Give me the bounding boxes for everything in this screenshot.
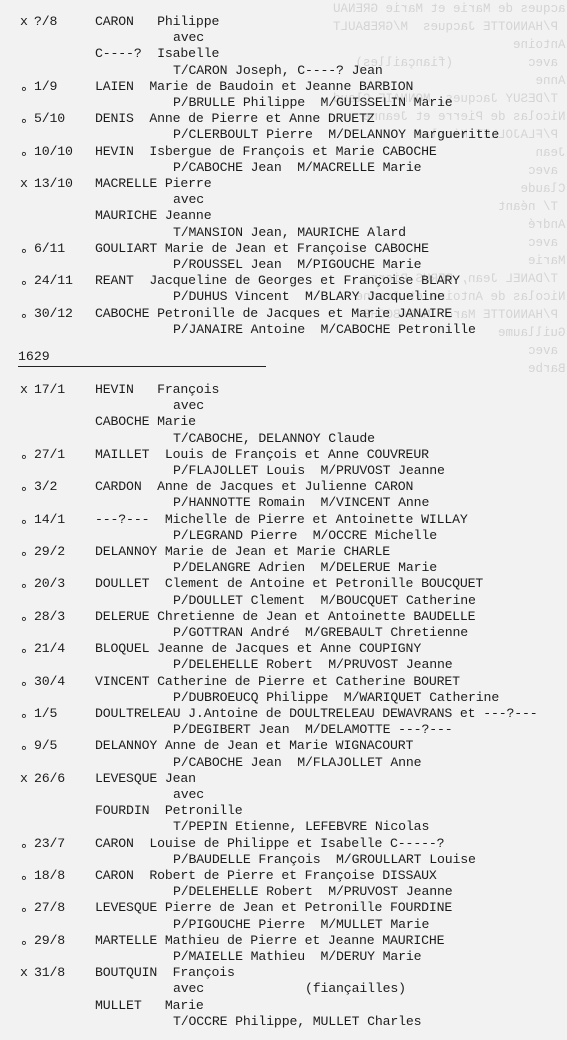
marriage-mark: x [20,771,34,787]
entry-name-text: DELANNOY Anne de Jean et Marie WIGNACOUR… [95,738,413,754]
entry-name-text: DOULTRELEAU J.Antoine de DOULTRELEAU DEW… [95,706,538,722]
entry-name-text: REANT Jacqueline de Georges et Françoise… [95,273,460,289]
entry-name-text: MARTELLE Mathieu de Pierre et Jeanne MAU… [95,933,444,949]
entry-name-text: MAURICHE Jeanne [95,208,211,224]
entry-date: 26/6 [34,771,65,787]
entry-date: 5/10 [34,111,65,127]
entry-date: 31/8 [34,965,65,981]
entry-name-text: LEVESQUE Jean [95,771,196,787]
entry-date: 1/9 [34,79,57,95]
entry-name-text: BLOQUEL Jeanne de Jacques et Anne COUPIG… [95,641,421,657]
baptism-mark: ∘ [20,644,34,660]
entry-name-text: DELERUE Chretienne de Jean et Antoinette… [95,609,475,625]
entry-date: 27/8 [34,900,65,916]
entry-detail-text: P/CABOCHE Jean M/MACRELLE Marie [173,160,421,176]
entry-detail-text: P/ROUSSEL Jean M/PIGOUCHE Marie [173,257,421,273]
entry-detail-text: T/PEPIN Etienne, LEFEBVRE Nicolas [173,819,429,835]
entry-detail-text: P/FLAJOLLET Louis M/PRUVOST Jeanne [173,463,445,479]
baptism-mark: ∘ [20,612,34,628]
register-page: Jacques de Marie et Marie GRENAULT P/HAN… [0,0,567,1040]
entry-name-text: DOULLET Clement de Antoine et Petronille… [95,576,483,592]
marriage-mark: x [20,965,34,981]
entry-name-text: LAIEN Marie de Baudoin et Jeanne BARBION [95,79,413,95]
entry-name-text: GOULIART Marie de Jean et Françoise CABO… [95,241,429,257]
year-underline [18,366,266,367]
baptism-mark: ∘ [20,82,34,98]
baptism-mark: ∘ [20,547,34,563]
entry-date: 21/4 [34,641,65,657]
entry-date: 28/3 [34,609,65,625]
baptism-mark: ∘ [20,709,34,725]
entry-detail-text: P/LEGRAND Pierre M/OCCRE Michelle [173,528,437,544]
entry-date: 14/1 [34,512,65,528]
entry-detail-text: P/HANNOTTE Romain M/VINCENT Anne [173,495,429,511]
baptism-mark: ∘ [20,244,34,260]
entry-date: 18/8 [34,868,65,884]
entry-detail-text: avec [173,398,204,414]
entry-name-text: BOUTQUIN François [95,965,235,981]
entry-date: 30/4 [34,674,65,690]
entry-detail-text: P/BAUDELLE François M/GROULLART Louise [173,852,476,868]
entry-name-text: CABOCHE Petronille de Jacques et Marie J… [95,306,452,322]
entry-detail-text: P/MAIELLE Mathieu M/DERUY Marie [173,949,421,965]
baptism-mark: ∘ [20,677,34,693]
entry-detail-text: P/DEGIBERT Jean M/DELAMOTTE ---?--- [173,722,453,738]
entry-date: 10/10 [34,144,73,160]
entry-name-text: FOURDIN Petronille [95,803,243,819]
entry-date: 23/7 [34,836,65,852]
baptism-mark: ∘ [20,871,34,887]
entry-detail-text: P/DELEHELLE Robert M/PRUVOST Jeanne [173,657,453,673]
marriage-mark: x [20,382,34,398]
entry-detail-text: P/DUBROEUCQ Philippe M/WARIQUET Catherin… [173,690,499,706]
entry-name-text: MULLET Marie [95,998,204,1014]
entry-date: 6/11 [34,241,65,257]
entry-detail-text: avec [173,787,204,803]
entry-date: 3/2 [34,479,57,495]
baptism-mark: ∘ [20,936,34,952]
entry-name-text: CARON Robert de Pierre et Françoise DISS… [95,868,437,884]
entry-date: 1/5 [34,706,57,722]
entry-detail-text: T/CABOCHE, DELANNOY Claude [173,431,375,447]
entry-name-text: CABOCHE Marie [95,414,196,430]
entry-name-text: ---?--- Michelle de Pierre et Antoinette… [95,512,468,528]
entry-date: 29/2 [34,544,65,560]
entry-detail-text: P/DELANGRE Adrien M/DELERUE Marie [173,560,437,576]
entry-detail-text: P/GOTTRAN André M/GREBAULT Chretienne [173,625,468,641]
entry-date: 9/5 [34,738,57,754]
entry-name-text: CARON Louise de Philippe et Isabelle C--… [95,836,444,852]
entry-date: 17/1 [34,382,65,398]
entry-detail-text: T/MANSION Jean, MAURICHE Alard [173,225,406,241]
baptism-mark: ∘ [20,114,34,130]
entry-name-text: HEVIN Isbergue de François et Marie CABO… [95,144,437,160]
entry-detail-text: P/CABOCHE Jean M/FLAJOLLET Anne [173,755,421,771]
entry-date: 30/12 [34,306,73,322]
entry-name-text: DELANNOY Marie de Jean et Marie CHARLE [95,544,390,560]
baptism-mark: ∘ [20,741,34,757]
entry-date: 20/3 [34,576,65,592]
baptism-mark: ∘ [20,903,34,919]
baptism-mark: ∘ [20,515,34,531]
entry-name-text: MAILLET Louis de François et Anne COUVRE… [95,447,429,463]
entry-date: 27/1 [34,447,65,463]
entry-name-text: DENIS Anne de Pierre et Anne DRUETZ [95,111,375,127]
baptism-mark: ∘ [20,579,34,595]
entry-date: 24/11 [34,273,73,289]
entry-date: 29/8 [34,933,65,949]
baptism-mark: ∘ [20,309,34,325]
baptism-mark: ∘ [20,839,34,855]
baptism-mark: ∘ [20,147,34,163]
entry-name-text: VINCENT Catherine de Pierre et Catherine… [95,674,460,690]
entry-detail-text: P/DOULLET Clement M/BOUCQUET Catherine [173,593,476,609]
entry-detail-text: avec [173,30,204,46]
entry-name-text: C----? Isabelle [95,46,219,62]
baptism-mark: ∘ [20,276,34,292]
entry-detail-text: avec [173,192,204,208]
entry-detail-text: avec (fiançailles) [173,981,406,997]
entry-date: ?/8 [34,14,57,30]
marriage-mark: x [20,14,34,30]
year-heading: 1629 [18,349,50,365]
entry-detail-text: P/BRULLE Philippe M/GUISSELIN Marie [173,95,453,111]
entry-detail-text: P/JANAIRE Antoine M/CABOCHE Petronille [173,322,476,338]
entry-name-text: HEVIN François [95,382,219,398]
entry-detail-text: P/DELEHELLE Robert M/PRUVOST Jeanne [173,884,453,900]
marriage-mark: x [20,176,34,192]
entry-detail-text: T/CARON Joseph, C----? Jean [173,63,383,79]
entry-date: 13/10 [34,176,73,192]
entry-name-text: CARON Philippe [95,14,219,30]
entry-detail-text: T/OCCRE Philippe, MULLET Charles [173,1014,421,1030]
entry-name-text: CARDON Anne de Jacques et Julienne CARON [95,479,413,495]
entry-detail-text: P/DUHUS Vincent M/BLARY Jacqueline [173,289,445,305]
entry-detail-text: P/PIGOUCHE Pierre M/MULLET Marie [173,917,429,933]
baptism-mark: ∘ [20,482,34,498]
entry-name-text: LEVESQUE Pierre de Jean et Petronille FO… [95,900,452,916]
baptism-mark: ∘ [20,450,34,466]
entry-name-text: MACRELLE Pierre [95,176,211,192]
entry-detail-text: P/CLERBOULT Pierre M/DELANNOY Margueritt… [173,127,499,143]
